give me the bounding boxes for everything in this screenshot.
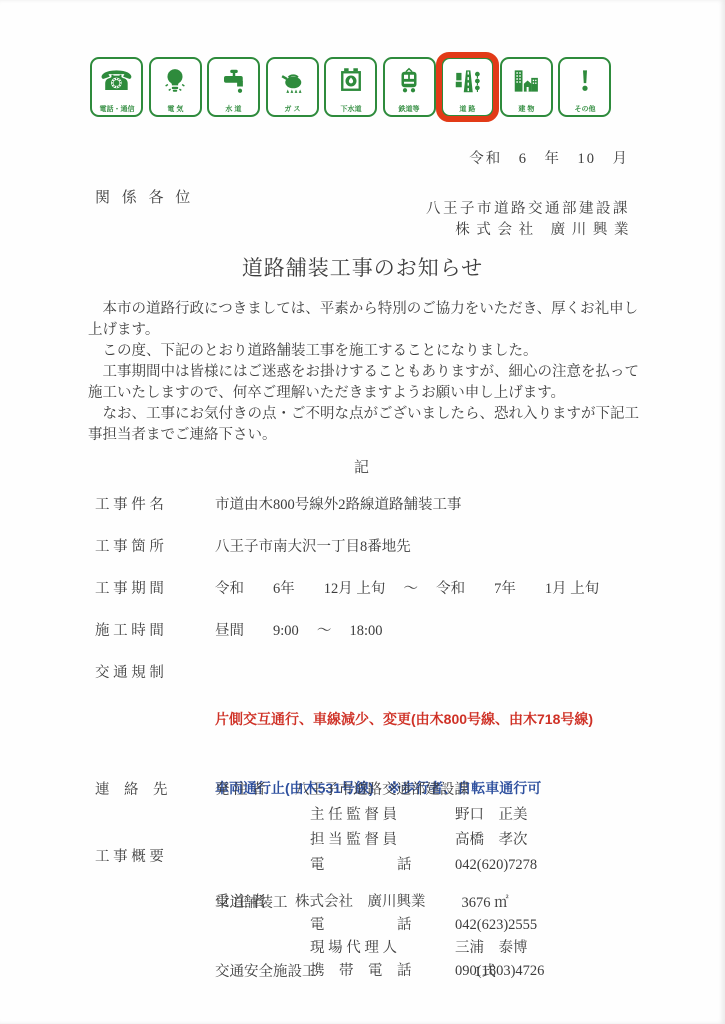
body-text: 本市の道路行政につきましては、平素から特別のご協力をいただき、厚くお礼申し上げま… [88, 299, 648, 446]
icon-label-building: 建 物 [518, 105, 534, 113]
contact-phone-number: 042(623)2555 [455, 914, 537, 937]
body-paragraph: 本市の道路行政につきましては、平素から特別のご協力をいただき、厚くお礼申し上げま… [88, 299, 648, 341]
detail-row-location: 工 事 箇 所 八王子市南大沢一丁目8番地先 [95, 536, 643, 559]
orderer-organization: 八王子市道路交通部建設課 [295, 782, 469, 798]
contractor-contact-block: 受 注 者 株式会社 廣川興業 電 話 042(623)2555 現 場 代 理… [95, 891, 643, 983]
icon-label-electricity: 電 気 [167, 105, 183, 113]
utility-icon-road: 道 路 [441, 57, 494, 117]
contact-value: 三浦 泰博 [455, 937, 528, 960]
contact-row: 現 場 代 理 人 三浦 泰博 [295, 937, 643, 960]
detail-value: 昼間 9:00 ～ 18:00 [215, 620, 643, 643]
recipient-line: 関 係 各 位 [95, 186, 194, 207]
contact-row: 携 帯 電 話 090(1803)4726 [295, 960, 643, 983]
document-title: 道路舗装工事のお知らせ [0, 252, 725, 282]
scanned-notice-page: ☎ 電話・通信 電 気 [0, 0, 725, 1024]
detail-label: 工 事 期 間 [95, 578, 215, 601]
icon-label-road: 道 路 [460, 105, 476, 113]
contact-phone-number: 042(620)7278 [455, 853, 537, 878]
orderer-contact-block: 連 絡 先 発 注 者 八王子市道路交通部建設課 主 任 監 督 員 野口 正美… [95, 778, 643, 878]
detail-value: 八王子市南大沢一丁目8番地先 [215, 536, 643, 559]
icon-label-other: その他 [574, 105, 595, 113]
detail-value: 市道由木800号線外2路線道路舗装工事 [215, 494, 643, 517]
contact-key: 電 話 [310, 914, 455, 937]
kettle-flame-icon [277, 61, 307, 101]
exclamation-icon [570, 61, 600, 101]
contractor-content: 株式会社 廣川興業 電 話 042(623)2555 現 場 代 理 人 三浦 … [295, 891, 643, 983]
sender-block: 八王子市道路交通部建設課 株 式 会 社 廣 川 興 業 [426, 199, 630, 241]
contact-key: 現 場 代 理 人 [310, 937, 455, 960]
detail-label: 工 事 件 名 [95, 494, 215, 517]
utility-icon-railway: 鉄道等 [383, 57, 436, 117]
contact-label-spacer [95, 891, 215, 983]
traffic-regulation-red-line: 片側交互通行、車線減少、変更(由木800号線、由木718号線) [215, 708, 643, 731]
sewer-manhole-icon [336, 61, 366, 101]
contact-key: 携 帯 電 話 [310, 960, 455, 983]
contact-key: 電 話 [310, 853, 455, 878]
contact-phone-number: 090(1803)4726 [455, 960, 544, 983]
contact-row: 電 話 042(620)7278 [295, 853, 643, 878]
lightbulb-icon [160, 61, 190, 101]
road-icon [453, 61, 483, 101]
contact-section: 連 絡 先 発 注 者 八王子市道路交通部建設課 主 任 監 督 員 野口 正美… [95, 778, 643, 983]
detail-label: 施 工 時 間 [95, 620, 215, 643]
icon-label-water: 水 道 [226, 105, 242, 113]
faucet-icon [219, 61, 249, 101]
icon-label-sewer: 下水道 [340, 105, 361, 113]
contact-row: 電 話 042(623)2555 [295, 914, 643, 937]
sender-company: 株 式 会 社 廣 川 興 業 [426, 220, 630, 241]
utility-icon-building: 建 物 [500, 57, 553, 117]
body-paragraph: なお、工事にお気付きの点・ご不明な点がございましたら、恐れ入りますが下記工事担当… [88, 404, 648, 446]
contact-key: 主 任 監 督 員 [310, 803, 455, 828]
utility-icon-row: ☎ 電話・通信 電 気 [90, 57, 611, 117]
contact-row: 主 任 監 督 員 野口 正美 [295, 803, 643, 828]
detail-row-period: 工 事 期 間 令和 6年 12月 上旬 ～ 令和 7年 1月 上旬 [95, 578, 643, 601]
icon-label-gas: ガ ス [284, 105, 300, 113]
detail-label: 工 事 箇 所 [95, 536, 215, 559]
utility-icon-other: その他 [558, 57, 611, 117]
orderer-content: 八王子市道路交通部建設課 主 任 監 督 員 野口 正美 担 当 監 督 員 高… [295, 778, 643, 878]
utility-icon-water: 水 道 [207, 57, 260, 117]
icon-label-railway: 鉄道等 [399, 105, 420, 113]
detail-row-work-hours: 施 工 時 間 昼間 9:00 ～ 18:00 [95, 620, 643, 643]
utility-icon-gas: ガ ス [266, 57, 319, 117]
contractor-organization: 株式会社 廣川興業 [295, 894, 426, 910]
icon-label-phone: 電話・通信 [99, 105, 134, 113]
contractor-role-label: 受 注 者 [215, 891, 295, 983]
train-icon [394, 61, 424, 101]
detail-value: 令和 6年 12月 上旬 ～ 令和 7年 1月 上旬 [215, 578, 643, 601]
utility-icon-phone: ☎ 電話・通信 [90, 57, 143, 117]
body-paragraph: 工事期間中は皆様にはご迷惑をお掛けすることもありますが、細心の注意を払って施工い… [88, 362, 648, 404]
utility-icon-electricity: 電 気 [149, 57, 202, 117]
ki-marker: 記 [0, 456, 725, 477]
phone-icon: ☎ [100, 61, 134, 101]
issue-date: 令和 6 年 10 月 [469, 147, 629, 168]
body-paragraph: この度、下記のとおり道路舗装工事を施工することになりました。 [88, 341, 648, 362]
orderer-role-label: 発 注 者 [215, 778, 295, 878]
detail-row-project-name: 工 事 件 名 市道由木800号線外2路線道路舗装工事 [95, 494, 643, 517]
contact-row: 担 当 監 督 員 高橋 孝次 [295, 828, 643, 853]
contact-section-label: 連 絡 先 [95, 778, 215, 878]
sender-organization: 八王子市道路交通部建設課 [426, 199, 630, 220]
contact-value: 高橋 孝次 [455, 828, 528, 853]
buildings-icon [511, 61, 541, 101]
utility-icon-sewer: 下水道 [324, 57, 377, 117]
contact-value: 野口 正美 [455, 803, 528, 828]
contact-key: 担 当 監 督 員 [310, 828, 455, 853]
